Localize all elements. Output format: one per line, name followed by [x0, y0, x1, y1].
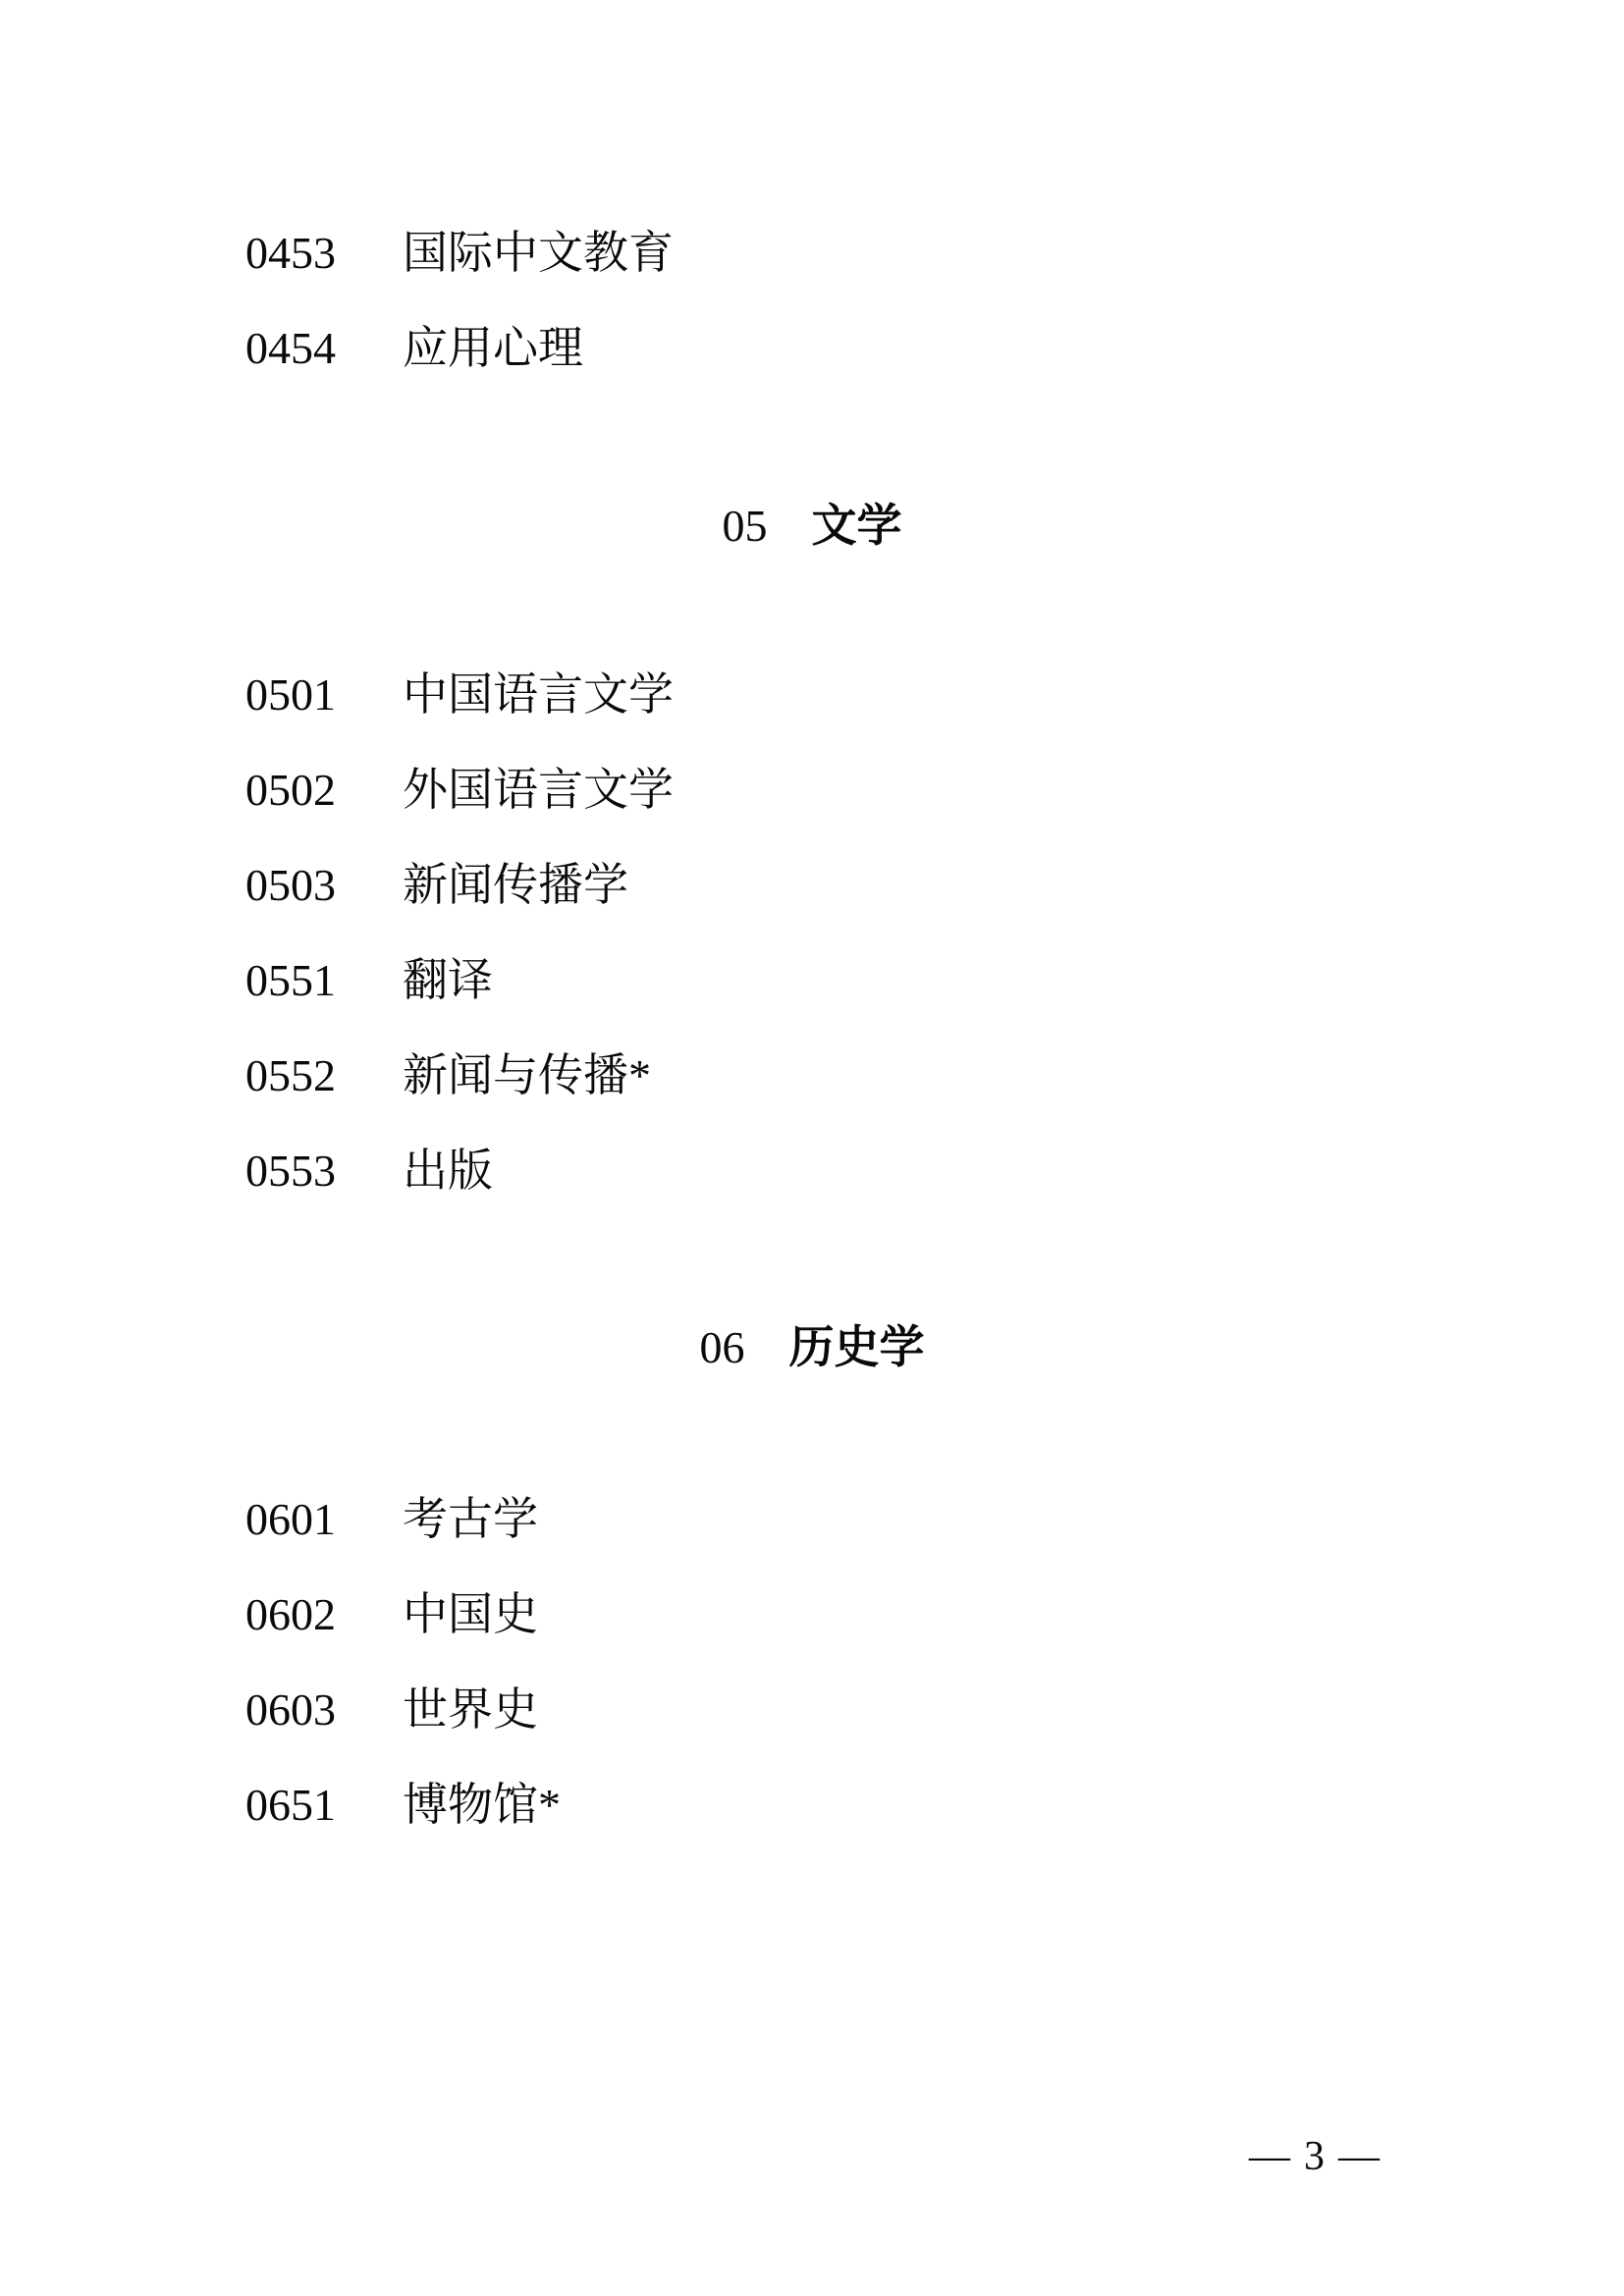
discipline-row: 0603 世界史: [0, 1682, 1624, 1778]
discipline-row: 0553 出版: [0, 1144, 1624, 1239]
discipline-row: 0453 国际中文教育: [0, 226, 1624, 321]
footer-dash-left: —: [1249, 2134, 1290, 2179]
section-heading-06: 06历史学: [0, 1319, 1624, 1374]
discipline-row: 0502 外国语言文学: [0, 763, 1624, 858]
discipline-row: 0501 中国语言文学: [0, 667, 1624, 763]
discipline-code: 0453: [245, 226, 403, 281]
discipline-name: 应用心理: [403, 321, 583, 376]
discipline-code: 0603: [245, 1682, 403, 1737]
discipline-name: 中国语言文学: [403, 667, 674, 722]
section-06-rows: 0601 考古学 0602 中国史 0603 世界史 0651 博物馆*: [0, 1492, 1624, 1873]
discipline-code: 0454: [245, 321, 403, 376]
discipline-name: 翻译: [403, 953, 493, 1008]
discipline-name: 国际中文教育: [403, 226, 674, 281]
section-05-rows: 0501 中国语言文学 0502 外国语言文学 0503 新闻传播学 0551 …: [0, 667, 1624, 1239]
document-page: 0453 国际中文教育 0454 应用心理 05文学 0501 中国语言文学 0…: [0, 0, 1624, 2296]
footer-dash-right: —: [1338, 2134, 1380, 2179]
discipline-name: 出版: [403, 1144, 493, 1199]
footer-page-number: 3: [1304, 2134, 1325, 2179]
section-code: 05: [723, 501, 768, 551]
discipline-name: 博物馆*: [403, 1778, 561, 1833]
discipline-code: 0501: [245, 667, 403, 722]
discipline-name: 新闻传播学: [403, 858, 628, 913]
section-code: 06: [700, 1322, 745, 1372]
discipline-code: 0552: [245, 1048, 403, 1103]
discipline-code: 0651: [245, 1778, 403, 1833]
discipline-name: 新闻与传播*: [403, 1048, 651, 1103]
discipline-row: 0454 应用心理: [0, 321, 1624, 416]
section-heading-05: 05文学: [0, 498, 1624, 553]
discipline-name: 世界史: [403, 1682, 538, 1737]
discipline-name: 中国史: [403, 1587, 538, 1642]
discipline-row: 0503 新闻传播学: [0, 858, 1624, 953]
continuation-rows: 0453 国际中文教育 0454 应用心理: [0, 226, 1624, 416]
discipline-row: 0552 新闻与传播*: [0, 1048, 1624, 1144]
discipline-code: 0553: [245, 1144, 403, 1199]
discipline-name: 考古学: [403, 1492, 538, 1547]
discipline-row: 0551 翻译: [0, 953, 1624, 1048]
section-title: 文学: [812, 500, 902, 551]
discipline-row: 0651 博物馆*: [0, 1778, 1624, 1873]
discipline-code: 0551: [245, 953, 403, 1008]
discipline-name: 外国语言文学: [403, 763, 674, 818]
discipline-code: 0602: [245, 1587, 403, 1642]
discipline-row: 0602 中国史: [0, 1587, 1624, 1682]
discipline-code: 0601: [245, 1492, 403, 1547]
discipline-row: 0601 考古学: [0, 1492, 1624, 1587]
discipline-code: 0503: [245, 858, 403, 913]
discipline-code: 0502: [245, 763, 403, 818]
page-number: —3—: [1249, 2132, 1380, 2181]
section-title: 历史学: [789, 1321, 925, 1372]
